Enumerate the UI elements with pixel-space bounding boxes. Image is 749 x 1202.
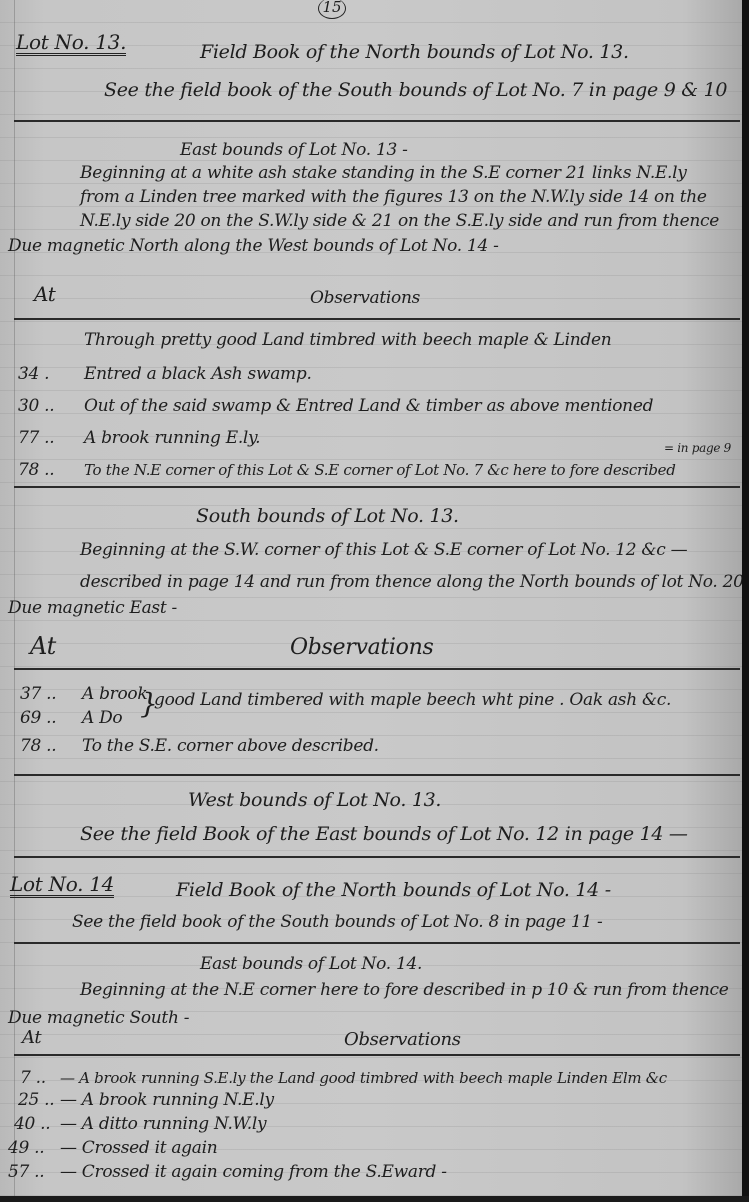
lot-13-east-desc-4: Due magnetic North along the West bounds… — [8, 236, 499, 256]
col-header-observations: Observations — [344, 1030, 461, 1050]
obs-row: A brook — [82, 684, 147, 704]
obs-row: Through pretty good Land timbred with be… — [84, 330, 611, 350]
obs-row-at: 57 .. — [8, 1162, 44, 1182]
divider — [14, 120, 740, 122]
obs-row-at: 7 .. — [20, 1068, 46, 1088]
divider — [14, 1054, 740, 1056]
divider — [14, 318, 740, 320]
obs-row-at: 30 .. — [18, 396, 54, 416]
lot-13-east-desc-1: Beginning at a white ash stake standing … — [80, 163, 687, 183]
lot-13-north-see-note: See the field book of the South bounds o… — [104, 80, 727, 100]
col-header-observations: Observations — [290, 638, 433, 658]
obs-row-at: 37 .. — [20, 684, 56, 704]
lot-14-label: Lot No. 14 — [10, 874, 114, 898]
obs-row: — A brook running N.E.ly — [60, 1090, 274, 1110]
lot-13-label: Lot No. 13. — [16, 32, 126, 56]
lot-13-north-title: Field Book of the North bounds of Lot No… — [200, 42, 629, 62]
obs-row: A Do — [82, 708, 122, 728]
lot-13-south-desc-1: Beginning at the S.W. corner of this Lot… — [80, 540, 687, 560]
lot-13-east-desc-3: N.E.ly side 20 on the S.W.ly side & 21 o… — [80, 211, 719, 231]
manuscript-page: 15 Lot No. 13. Field Book of the North b… — [0, 0, 742, 1196]
lot-13-south-desc-3: Due magnetic East - — [8, 598, 177, 618]
col-header-at: At — [22, 1028, 41, 1048]
divider — [14, 668, 740, 670]
lot-14-east-heading: East bounds of Lot No. 14. — [200, 954, 422, 974]
obs-row-at: 49 .. — [8, 1138, 44, 1158]
obs-row-at: 78 .. — [18, 460, 54, 480]
lot-14-north-see-note: See the field book of the South bounds o… — [72, 912, 602, 932]
divider — [14, 486, 740, 488]
obs-row: To the N.E corner of this Lot & S.E corn… — [84, 460, 676, 480]
obs-row: Out of the said swamp & Entred Land & ti… — [84, 396, 653, 416]
obs-row-at: 77 .. — [18, 428, 54, 448]
obs-row-at: 34 . — [18, 364, 49, 384]
lot-13-west-heading: West bounds of Lot No. 13. — [188, 790, 441, 810]
obs-row-at: 78 .. — [20, 736, 56, 756]
page-edge — [742, 0, 749, 1202]
obs-row: — A brook running S.E.ly the Land good t… — [60, 1068, 667, 1088]
obs-row-at: 69 .. — [20, 708, 56, 728]
divider — [14, 856, 740, 858]
lot-14-east-desc-1: Beginning at the N.E corner here to fore… — [80, 980, 728, 1000]
obs-row: — Crossed it again coming from the S.Ewa… — [60, 1162, 447, 1182]
obs-row: To the S.E. corner above described. — [82, 736, 379, 756]
col-header-at: At — [30, 636, 56, 656]
obs-row-at: 25 .. — [18, 1090, 54, 1110]
obs-row: — Crossed it again — [60, 1138, 217, 1158]
obs-row: A brook running E.ly. — [84, 428, 260, 448]
margin-note: = in page 9 — [664, 438, 731, 458]
lot-13-west-see-note: See the field Book of the East bounds of… — [80, 824, 688, 844]
page-edge — [0, 1196, 749, 1202]
lot-13-south-heading: South bounds of Lot No. 13. — [196, 506, 459, 526]
obs-row-at: 40 .. — [14, 1114, 50, 1134]
obs-row: Entred a black Ash swamp. — [84, 364, 312, 384]
col-header-observations: Observations — [310, 288, 420, 308]
lot-14-north-title: Field Book of the North bounds of Lot No… — [176, 880, 611, 900]
divider — [14, 774, 740, 776]
page-number: 15 — [318, 0, 346, 19]
col-header-at: At — [34, 284, 56, 304]
obs-row: — A ditto running N.W.ly — [60, 1114, 266, 1134]
brace-note: good Land timbered with maple beech wht … — [154, 690, 671, 710]
lot-13-east-heading: East bounds of Lot No. 13 - — [180, 140, 408, 160]
lot-13-east-desc-2: from a Linden tree marked with the figur… — [80, 187, 707, 207]
lot-14-east-desc-2: Due magnetic South - — [8, 1008, 189, 1028]
lot-13-south-desc-2: described in page 14 and run from thence… — [80, 572, 742, 592]
divider — [14, 942, 740, 944]
